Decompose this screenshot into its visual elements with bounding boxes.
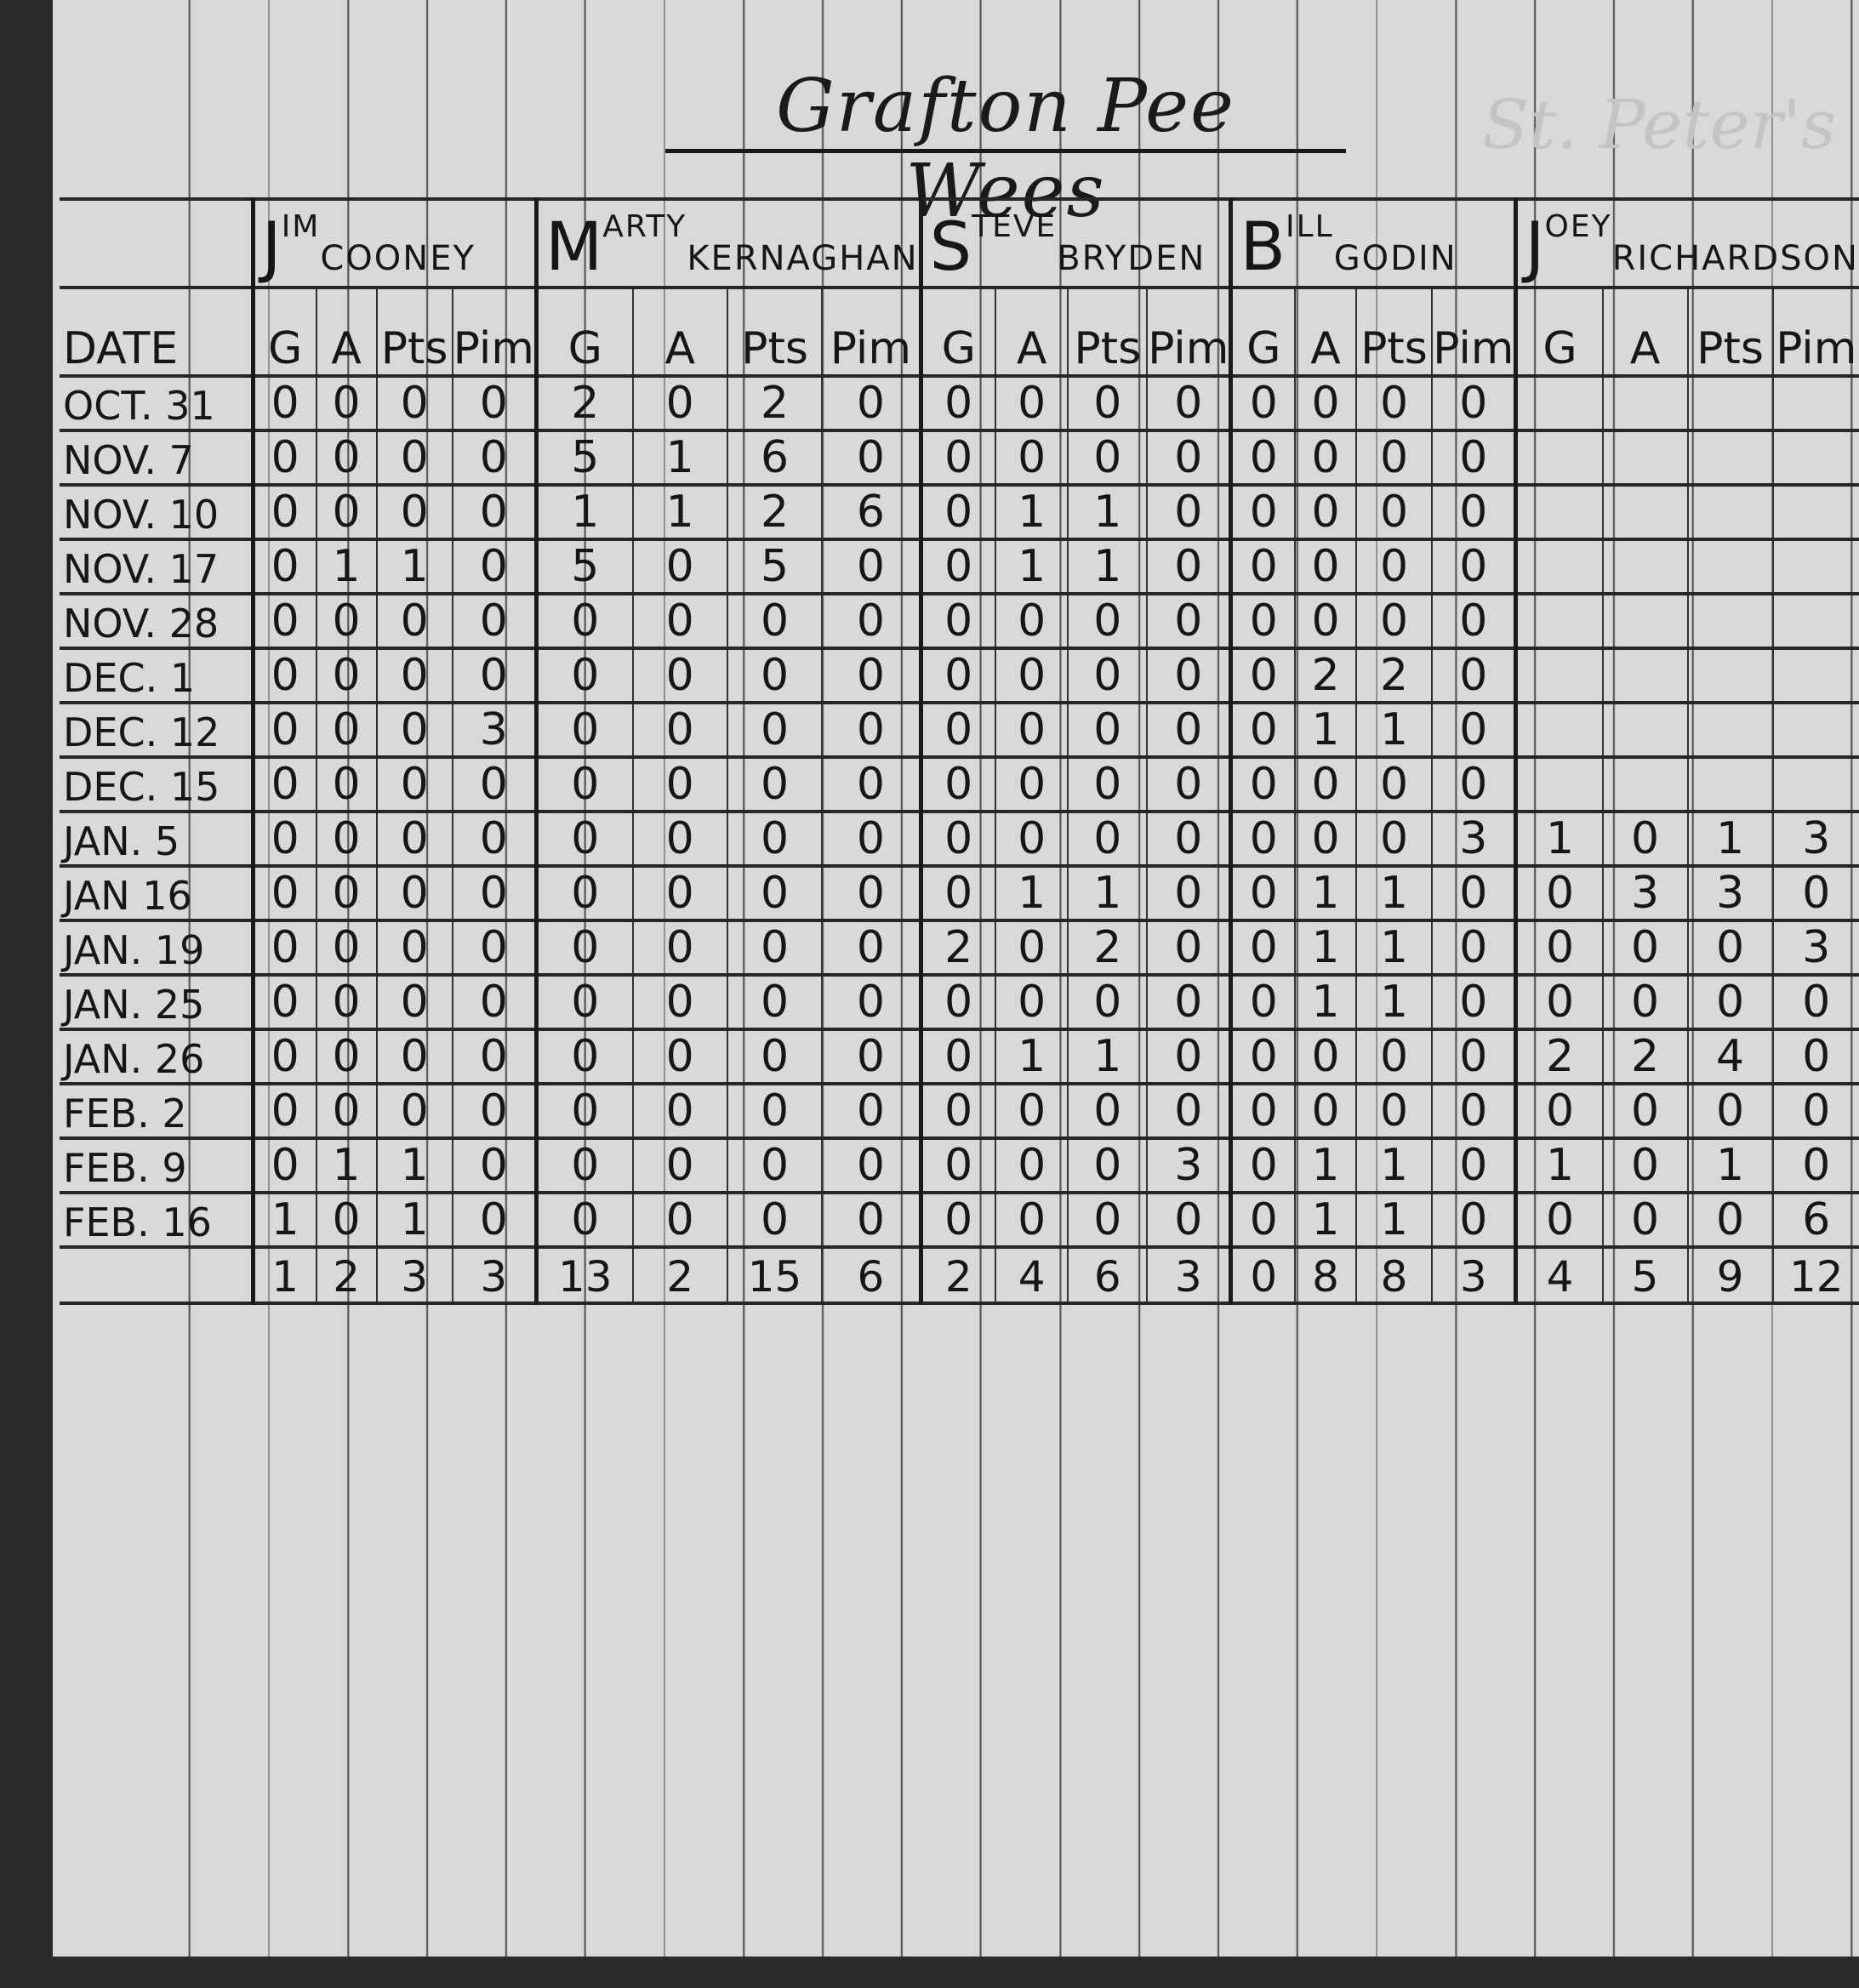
- stat-cell: 0: [1231, 1029, 1295, 1084]
- stat-cell: 0: [453, 648, 537, 703]
- stat-cell: 0: [727, 812, 822, 866]
- stat-cell: [1603, 539, 1688, 594]
- stat-header-pim: Pim: [453, 288, 537, 376]
- stat-cell: 0: [453, 1029, 537, 1084]
- stat-cell: [1516, 648, 1603, 703]
- stat-cell: [1773, 757, 1859, 812]
- stat-cell: 0: [1231, 812, 1295, 866]
- stat-cell: [1688, 376, 1773, 430]
- stat-cell: 0: [1432, 1138, 1516, 1193]
- stat-cell: 0: [1432, 594, 1516, 648]
- ledger-page: Grafton Pee Wees St. Peter's JIMCOONEYMA…: [53, 0, 1859, 1957]
- stat-cell: 0: [633, 1084, 727, 1138]
- stat-cell: 2: [1603, 1029, 1688, 1084]
- stat-cell: 0: [633, 1193, 727, 1247]
- stat-cell: 0: [1068, 703, 1147, 757]
- stat-cell: 1: [1068, 485, 1147, 539]
- stat-cell: [1603, 648, 1688, 703]
- stat-cell: 1: [1295, 975, 1356, 1029]
- game-row: JAN. 1900000000202001100003: [60, 920, 1859, 975]
- stat-cell: 3: [453, 703, 537, 757]
- game-row: OCT. 310000202000000000: [60, 376, 1859, 430]
- stat-cell: 0: [995, 975, 1069, 1029]
- stat-cell: 0: [316, 1193, 377, 1247]
- stat-cell: [1516, 539, 1603, 594]
- stat-cell: 0: [995, 376, 1069, 430]
- stat-cell: 0: [921, 539, 995, 594]
- stat-cell: 0: [1516, 920, 1603, 975]
- stat-cell: 0: [1231, 1138, 1295, 1193]
- player-first-name: ILL: [1286, 209, 1334, 244]
- game-date: JAN. 19: [60, 920, 253, 975]
- stat-cell: 0: [727, 1138, 822, 1193]
- total-cell: 9: [1688, 1247, 1773, 1303]
- game-row: FEB. 901100000000301101010: [60, 1138, 1859, 1193]
- stat-cell: 0: [536, 920, 632, 975]
- stat-header-g: G: [536, 288, 632, 376]
- stat-cell: 0: [1432, 485, 1516, 539]
- stat-cell: [1773, 594, 1859, 648]
- stat-cell: 1: [536, 485, 632, 539]
- stat-cell: 0: [316, 430, 377, 485]
- stat-cell: 0: [995, 1193, 1069, 1247]
- total-cell: 1: [253, 1247, 316, 1303]
- stat-cell: 0: [453, 975, 537, 1029]
- stat-cell: 1: [1295, 1138, 1356, 1193]
- game-date: FEB. 16: [60, 1193, 253, 1247]
- stat-cell: 0: [1068, 1084, 1147, 1138]
- stat-cell: 0: [253, 1029, 316, 1084]
- stat-cell: 0: [633, 703, 727, 757]
- stat-cell: 0: [253, 430, 316, 485]
- stat-cell: 0: [453, 376, 537, 430]
- stat-cell: 0: [822, 920, 921, 975]
- stat-cell: 0: [1068, 376, 1147, 430]
- game-row: NOV. 70000516000000000: [60, 430, 1859, 485]
- stat-cell: 0: [921, 1138, 995, 1193]
- total-cell: 8: [1356, 1247, 1432, 1303]
- stat-cell: 0: [995, 920, 1069, 975]
- stat-cell: 0: [1432, 376, 1516, 430]
- stat-cell: 0: [1147, 866, 1231, 920]
- game-row: DEC. 10000000000000220: [60, 648, 1859, 703]
- corner-cell: [60, 199, 253, 288]
- stat-cell: 0: [1231, 1193, 1295, 1247]
- stat-cell: 0: [822, 539, 921, 594]
- stat-cell: 1: [1295, 866, 1356, 920]
- stat-cell: 6: [822, 485, 921, 539]
- player-initial: J: [1525, 209, 1544, 286]
- stat-header-pts: Pts: [1688, 288, 1773, 376]
- blank-cell: [60, 1356, 1859, 1407]
- stat-cell: [1773, 430, 1859, 485]
- stat-cell: 0: [1147, 485, 1231, 539]
- stat-cell: [1603, 485, 1688, 539]
- stat-cell: 0: [1295, 539, 1356, 594]
- stat-cell: 0: [921, 1029, 995, 1084]
- stat-cell: 0: [1356, 485, 1432, 539]
- player-last-name: BRYDEN: [1057, 239, 1206, 278]
- game-date: FEB. 9: [60, 1138, 253, 1193]
- stat-cell: 0: [1231, 594, 1295, 648]
- stat-cell: 0: [727, 866, 822, 920]
- stat-cell: 0: [822, 1138, 921, 1193]
- stat-cell: 0: [253, 594, 316, 648]
- stat-cell: 0: [453, 812, 537, 866]
- total-cell: 12: [1773, 1247, 1859, 1303]
- player-header: JOEYRICHARDSON: [1516, 199, 1859, 288]
- stat-header-pim: Pim: [1773, 288, 1859, 376]
- stat-cell: [1688, 648, 1773, 703]
- stat-cell: [1688, 485, 1773, 539]
- game-date: NOV. 10: [60, 485, 253, 539]
- notebook-edge: [0, 1957, 1859, 1988]
- stat-cell: 0: [921, 430, 995, 485]
- blank-row: [60, 1356, 1859, 1407]
- total-cell: 2: [316, 1247, 377, 1303]
- stat-cell: 0: [822, 1029, 921, 1084]
- stat-cell: 4: [1688, 1029, 1773, 1084]
- stat-cell: 0: [1432, 1193, 1516, 1247]
- stat-cell: 3: [1432, 812, 1516, 866]
- stat-cell: 0: [253, 539, 316, 594]
- stat-cell: 0: [1356, 376, 1432, 430]
- stat-cell: 0: [1516, 1193, 1603, 1247]
- stat-cell: 0: [536, 1193, 632, 1247]
- game-row: JAN. 2600000000011000002240: [60, 1029, 1859, 1084]
- player-last-name: GODIN: [1334, 239, 1457, 278]
- stat-cell: 6: [727, 430, 822, 485]
- game-row: JAN 1600000000011001100330: [60, 866, 1859, 920]
- stat-cell: 0: [377, 866, 453, 920]
- stat-cell: 0: [1231, 703, 1295, 757]
- stat-cell: 0: [1432, 430, 1516, 485]
- total-cell: 3: [1432, 1247, 1516, 1303]
- stat-cell: 0: [1147, 1193, 1231, 1247]
- stats-table: JIMCOONEYMARTYKERNAGHANSTEVEBRYDENBILLGO…: [60, 197, 1859, 1560]
- stat-cell: 0: [1688, 920, 1773, 975]
- game-date: DEC. 12: [60, 703, 253, 757]
- player-initial: B: [1240, 209, 1286, 286]
- total-cell: 13: [536, 1247, 632, 1303]
- stat-cell: 1: [995, 539, 1069, 594]
- stat-cell: 1: [377, 1193, 453, 1247]
- total-cell: 4: [995, 1247, 1069, 1303]
- game-row: NOV. 100000112601100000: [60, 485, 1859, 539]
- stat-cell: [1603, 703, 1688, 757]
- stat-cell: 0: [536, 594, 632, 648]
- stat-cell: 0: [453, 866, 537, 920]
- stat-cell: 0: [1516, 866, 1603, 920]
- stat-cell: 0: [1432, 866, 1516, 920]
- stat-cell: 0: [727, 648, 822, 703]
- stat-cell: 0: [536, 1029, 632, 1084]
- total-cell: 2: [633, 1247, 727, 1303]
- game-date: JAN 16: [60, 866, 253, 920]
- stat-cell: [1773, 376, 1859, 430]
- stat-cell: 0: [1147, 1084, 1231, 1138]
- player-header: BILLGODIN: [1231, 199, 1516, 288]
- stat-cell: 0: [453, 1138, 537, 1193]
- stat-cell: 2: [1516, 1029, 1603, 1084]
- stat-cell: 0: [633, 1138, 727, 1193]
- stat-cell: 0: [377, 430, 453, 485]
- stat-cell: 0: [1295, 1029, 1356, 1084]
- date-header: DATE: [60, 288, 253, 376]
- stat-cell: [1688, 594, 1773, 648]
- stat-cell: 0: [727, 920, 822, 975]
- stat-cell: 0: [921, 703, 995, 757]
- stat-cell: 0: [727, 975, 822, 1029]
- game-date: FEB. 2: [60, 1084, 253, 1138]
- stat-header-pts: Pts: [1356, 288, 1432, 376]
- stat-cell: 0: [377, 485, 453, 539]
- stat-header-a: A: [633, 288, 727, 376]
- stat-cell: 0: [316, 757, 377, 812]
- stat-cell: 0: [1231, 485, 1295, 539]
- stat-cell: 0: [633, 376, 727, 430]
- stat-cell: 0: [995, 594, 1069, 648]
- stat-cell: 0: [727, 594, 822, 648]
- stat-cell: 0: [1147, 594, 1231, 648]
- stat-cell: 0: [633, 812, 727, 866]
- stat-cell: 0: [1356, 812, 1432, 866]
- stat-cell: 0: [921, 975, 995, 1029]
- stat-cell: 0: [995, 648, 1069, 703]
- stat-cell: [1603, 376, 1688, 430]
- stat-cell: 0: [316, 376, 377, 430]
- game-date: JAN. 5: [60, 812, 253, 866]
- stat-cell: 0: [377, 376, 453, 430]
- stat-cell: 0: [453, 1084, 537, 1138]
- stat-cell: 0: [1773, 975, 1859, 1029]
- stat-cell: 0: [1147, 1029, 1231, 1084]
- total-cell: 3: [453, 1247, 537, 1303]
- stat-cell: 0: [1147, 539, 1231, 594]
- stat-cell: 0: [377, 648, 453, 703]
- game-date: NOV. 7: [60, 430, 253, 485]
- stat-cell: 0: [253, 757, 316, 812]
- player-first-name: IM: [282, 209, 321, 244]
- stat-cell: 0: [453, 1193, 537, 1247]
- stat-cell: 0: [1231, 866, 1295, 920]
- stat-cell: 3: [1688, 866, 1773, 920]
- stat-cell: 0: [536, 1138, 632, 1193]
- stat-cell: 3: [1603, 866, 1688, 920]
- stat-cell: 0: [536, 866, 632, 920]
- total-cell: 3: [377, 1247, 453, 1303]
- game-row: NOV. 170110505001100000: [60, 539, 1859, 594]
- stat-cell: 0: [1688, 1084, 1773, 1138]
- stat-cell: 0: [727, 1084, 822, 1138]
- stat-cell: [1516, 485, 1603, 539]
- player-header: MARTYKERNAGHAN: [536, 199, 921, 288]
- stat-cell: 0: [995, 757, 1069, 812]
- stat-cell: 0: [921, 866, 995, 920]
- stat-cell: 0: [1432, 757, 1516, 812]
- stat-cell: 0: [727, 1193, 822, 1247]
- stat-cell: 0: [453, 757, 537, 812]
- stat-cell: 1: [1356, 920, 1432, 975]
- stat-cell: 0: [453, 539, 537, 594]
- game-date: JAN. 25: [60, 975, 253, 1029]
- stat-cell: 2: [536, 376, 632, 430]
- game-date: JAN. 26: [60, 1029, 253, 1084]
- stat-cell: 0: [536, 648, 632, 703]
- stat-cell: 0: [1147, 975, 1231, 1029]
- stat-cell: 6: [1773, 1193, 1859, 1247]
- stat-cell: 1: [1068, 866, 1147, 920]
- stat-cell: [1516, 594, 1603, 648]
- stat-cell: 0: [536, 975, 632, 1029]
- total-cell: 6: [1068, 1247, 1147, 1303]
- stat-cell: 0: [316, 866, 377, 920]
- stat-cell: [1516, 703, 1603, 757]
- stat-cell: 0: [1356, 594, 1432, 648]
- stat-cell: 0: [1295, 757, 1356, 812]
- stat-cell: 0: [995, 703, 1069, 757]
- stat-cell: 0: [822, 757, 921, 812]
- stat-cell: 0: [1231, 975, 1295, 1029]
- stat-header-a: A: [1603, 288, 1688, 376]
- stat-cell: 0: [316, 975, 377, 1029]
- stat-cell: 1: [1295, 920, 1356, 975]
- stat-cell: 0: [1773, 866, 1859, 920]
- stat-header-g: G: [921, 288, 995, 376]
- stat-cell: 0: [1068, 430, 1147, 485]
- blank-row: [60, 1509, 1859, 1560]
- stat-cell: 0: [1231, 648, 1295, 703]
- game-row: DEC. 120003000000000110: [60, 703, 1859, 757]
- stat-cell: 0: [1231, 757, 1295, 812]
- stat-cell: 0: [822, 1193, 921, 1247]
- stat-cell: 2: [1356, 648, 1432, 703]
- stat-cell: [1688, 757, 1773, 812]
- total-cell: 4: [1516, 1247, 1603, 1303]
- stat-header-a: A: [316, 288, 377, 376]
- stat-cell: 0: [377, 703, 453, 757]
- stat-cell: 0: [633, 594, 727, 648]
- stat-cell: [1516, 376, 1603, 430]
- stat-cell: 0: [1147, 376, 1231, 430]
- stat-cell: 0: [822, 866, 921, 920]
- stat-cell: 0: [1147, 812, 1231, 866]
- stat-cell: 0: [633, 866, 727, 920]
- stat-cell: 1: [1356, 1138, 1432, 1193]
- game-row: DEC. 150000000000000000: [60, 757, 1859, 812]
- stat-header-a: A: [995, 288, 1069, 376]
- stat-cell: 0: [1432, 975, 1516, 1029]
- stat-cell: 1: [633, 430, 727, 485]
- stat-cell: 1: [377, 539, 453, 594]
- stat-cell: [1773, 648, 1859, 703]
- stat-cell: 0: [822, 376, 921, 430]
- game-date: OCT. 31: [60, 376, 253, 430]
- player-first-name: TEVE: [972, 209, 1057, 244]
- game-row: FEB. 1610100000000001100006: [60, 1193, 1859, 1247]
- stat-cell: 0: [1432, 648, 1516, 703]
- stat-headers-row: DATE GAPtsPimGAPtsPimGAPtsPimGAPtsPimGAP…: [60, 288, 1859, 376]
- stat-cell: 1: [995, 1029, 1069, 1084]
- stat-cell: 0: [453, 430, 537, 485]
- stat-cell: 0: [1432, 920, 1516, 975]
- stat-cell: 0: [377, 1084, 453, 1138]
- stat-cell: 0: [633, 648, 727, 703]
- stat-cell: [1516, 757, 1603, 812]
- stat-cell: 0: [316, 812, 377, 866]
- stat-cell: 0: [921, 812, 995, 866]
- stat-cell: 0: [1231, 920, 1295, 975]
- stat-cell: 0: [1356, 757, 1432, 812]
- stat-cell: 0: [822, 975, 921, 1029]
- stat-cell: 3: [1773, 812, 1859, 866]
- stat-cell: 1: [1356, 703, 1432, 757]
- stat-cell: 0: [377, 920, 453, 975]
- stat-cell: [1773, 703, 1859, 757]
- stat-header-g: G: [253, 288, 316, 376]
- stat-cell: 0: [995, 812, 1069, 866]
- stat-cell: 0: [1295, 812, 1356, 866]
- stat-cell: 0: [1068, 757, 1147, 812]
- blank-cell: [60, 1407, 1859, 1458]
- stat-cell: 0: [253, 648, 316, 703]
- stat-cell: 2: [727, 376, 822, 430]
- stat-cell: 0: [1516, 975, 1603, 1029]
- stat-cell: 0: [453, 594, 537, 648]
- stat-cell: 0: [1147, 648, 1231, 703]
- stat-header-pim: Pim: [1432, 288, 1516, 376]
- stat-cell: 0: [253, 703, 316, 757]
- stat-cell: 0: [253, 376, 316, 430]
- stat-cell: 0: [633, 1029, 727, 1084]
- stat-cell: 1: [1068, 1029, 1147, 1084]
- bleed-through-text: St. Peter's: [1482, 85, 1836, 164]
- stat-header-g: G: [1231, 288, 1295, 376]
- stat-cell: 1: [995, 866, 1069, 920]
- game-row: JAN. 2500000000000001100000: [60, 975, 1859, 1029]
- stat-cell: 0: [1295, 1084, 1356, 1138]
- stat-cell: 0: [316, 920, 377, 975]
- stat-cell: 0: [1295, 376, 1356, 430]
- stat-cell: 0: [377, 757, 453, 812]
- game-date: DEC. 1: [60, 648, 253, 703]
- stat-cell: 3: [1773, 920, 1859, 975]
- stat-cell: 0: [1432, 539, 1516, 594]
- stat-cell: 0: [633, 920, 727, 975]
- stat-cell: 1: [253, 1193, 316, 1247]
- stat-header-pts: Pts: [727, 288, 822, 376]
- player-names-row: JIMCOONEYMARTYKERNAGHANSTEVEBRYDENBILLGO…: [60, 199, 1859, 288]
- stat-cell: 0: [1295, 430, 1356, 485]
- stat-cell: 0: [316, 1029, 377, 1084]
- total-cell: 15: [727, 1247, 822, 1303]
- stat-cell: 1: [633, 485, 727, 539]
- stat-cell: 0: [377, 812, 453, 866]
- stat-cell: 0: [1068, 648, 1147, 703]
- stat-cell: [1603, 757, 1688, 812]
- stat-cell: 0: [1068, 975, 1147, 1029]
- player-initial: S: [930, 209, 972, 286]
- stat-cell: 0: [1356, 430, 1432, 485]
- player-last-name: COONEY: [320, 239, 476, 278]
- player-header: STEVEBRYDEN: [921, 199, 1231, 288]
- stat-cell: 0: [253, 975, 316, 1029]
- totals-row: 12331321562463088345912: [60, 1247, 1859, 1303]
- stat-cell: 0: [1147, 757, 1231, 812]
- stat-cell: 1: [1068, 539, 1147, 594]
- stat-cell: 0: [1068, 594, 1147, 648]
- stat-cell: 5: [536, 430, 632, 485]
